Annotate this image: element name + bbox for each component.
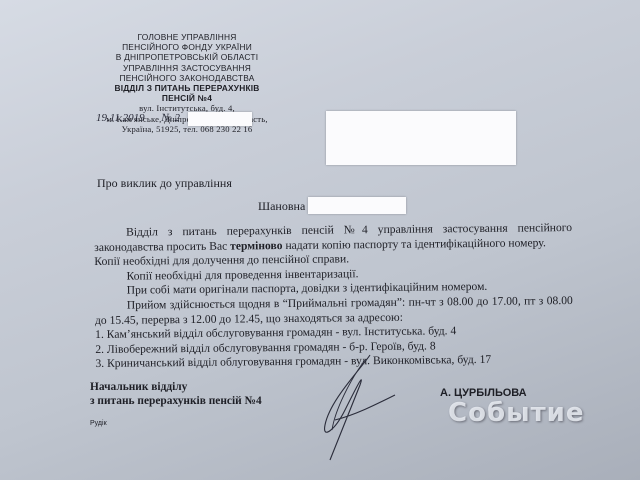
letter-date: 19.11.2019 [96, 112, 145, 124]
department-number: ПЕНСІЙ №4 [92, 93, 282, 103]
letter-page: ГОЛОВНЕ УПРАВЛІННЯ ПЕНСІЙНОГО ФОНДУ УКРА… [0, 0, 640, 480]
letterhead-line: В ДНІПРОПЕТРОВСЬКІЙ ОБЛАСТІ [92, 52, 282, 62]
address-phone: Україна, 51925, тел. 068 230 22 16 [92, 124, 282, 134]
redacted-number [188, 112, 252, 126]
signatory-title: Начальник відділу з питань перерахунків … [90, 380, 262, 408]
letterhead-line: УПРАВЛІННЯ ЗАСТОСУВАННЯ [92, 63, 282, 73]
department-name: ВІДДІЛ З ПИТАНЬ ПЕРЕРАХУНКІВ [92, 83, 282, 93]
outgoing-date-number: 19.11.2019 № 2 [96, 112, 180, 124]
letterhead-line: ГОЛОВНЕ УПРАВЛІННЯ [92, 32, 282, 42]
letterhead-line: ПЕНСІЙНОГО ЗАКОНОДАВСТВА [92, 73, 282, 83]
executor-name: Рудік [90, 420, 107, 427]
redacted-recipient-name [308, 197, 406, 214]
emphasis-urgent: терміново [230, 239, 283, 253]
letter-subject: Про виклик до управління [97, 176, 232, 191]
greeting-word: Шановна [258, 199, 305, 213]
letter-number: № 2 [161, 112, 180, 124]
greeting: Шановна [258, 199, 305, 214]
watermark-logo: Событие [448, 398, 585, 428]
handwritten-signature [300, 350, 410, 470]
redacted-recipient-block [326, 111, 516, 165]
body-paragraph: Відділ з питань перерахунків пенсій №4 у… [94, 221, 572, 255]
letterhead-line: ПЕНСІЙНОГО ФОНДУ УКРАЇНИ [92, 42, 282, 52]
